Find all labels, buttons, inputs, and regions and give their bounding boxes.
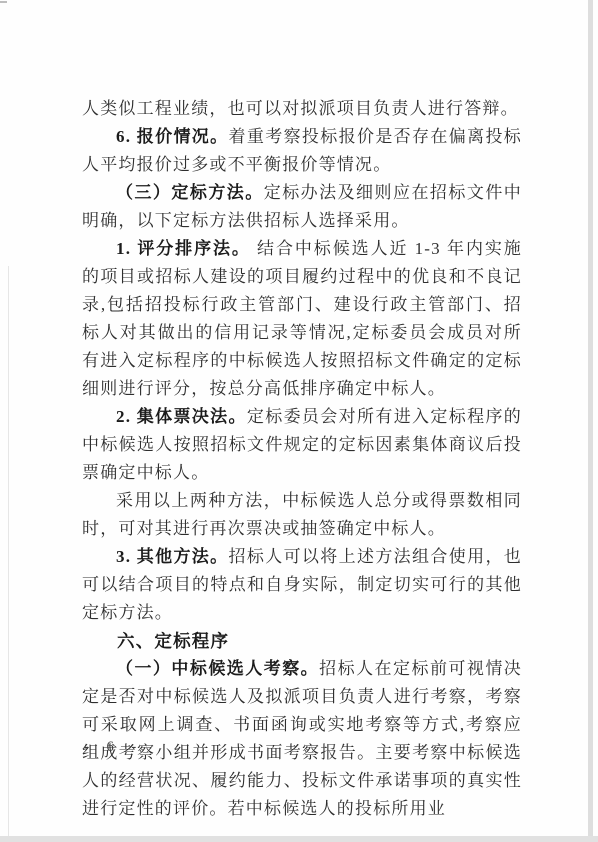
paragraph-text: 人类似工程业绩，也可以对拟派项目负责人进行答辩。: [82, 99, 519, 118]
scanned-document-page: { "page": { "background_color": "#fefefe…: [0, 0, 598, 842]
paragraph-tie-break: 采用以上两种方法，中标候选人总分或得票数相同时，可对其进行再次票决或抽签确定中标…: [82, 487, 522, 543]
scan-corner-artifact: [0, 1, 7, 3]
paragraph-label: 2. 集体票决法。: [116, 407, 247, 426]
paragraph-label: 1. 评分排序法。: [116, 239, 251, 258]
paragraph-label: （一）中标候选人考察。: [116, 659, 319, 678]
document-text-block: 人类似工程业绩，也可以对拟派项目负责人进行答辩。 6. 报价情况。着重考察投标报…: [82, 95, 522, 823]
scan-edge-right: [588, 0, 593, 842]
paragraph-method-1-scoring: 1. 评分排序法。 结合中标候选人近 1-3 年内实施的项目或招标人建设的项目履…: [82, 235, 522, 403]
scan-edge-bottom: [0, 836, 598, 842]
paragraph-label: 3. 其他方法。: [116, 547, 229, 566]
paragraph-text: 结合中标候选人近 1-3 年内实施的项目或招标人建设的项目履约过程中的优良和不良…: [82, 239, 522, 398]
paragraph-candidate-inspection: （一）中标候选人考察。招标人在定标前可视情决定是否对中标候选人及拟派项目负责人进…: [82, 655, 522, 823]
section-heading-6-procedure: 六、定标程序: [82, 627, 522, 655]
page-number: - 6 -: [84, 739, 143, 756]
paragraph-label: （三）定标方法。: [116, 183, 264, 202]
paragraph-section-3-method: （三）定标方法。定标办法及细则应在招标文件中明确，以下定标方法供招标人选择采用。: [82, 179, 522, 235]
paragraph-item-6-price: 6. 报价情况。着重考察投标报价是否存在偏离投标人平均报价过多或不平衡报价等情况…: [82, 123, 522, 179]
scan-fold-line: [8, 266, 9, 836]
paragraph-text: 招标人在定标前可视情决定是否对中标候选人及拟派项目负责人进行考察，考察可采取网上…: [82, 659, 522, 818]
paragraph-continuation: 人类似工程业绩，也可以对拟派项目负责人进行答辩。: [82, 95, 522, 123]
paragraph-method-2-voting: 2. 集体票决法。定标委员会对所有进入定标程序的中标候选人按照招标文件规定的定标…: [82, 403, 522, 487]
paragraph-method-3-other: 3. 其他方法。招标人可以将上述方法组合使用，也可以结合项目的特点和自身实际，制…: [82, 543, 522, 627]
paragraph-text: 采用以上两种方法，中标候选人总分或得票数相同时，可对其进行再次票决或抽签确定中标…: [82, 491, 522, 538]
paragraph-label: 6. 报价情况。: [116, 127, 229, 146]
